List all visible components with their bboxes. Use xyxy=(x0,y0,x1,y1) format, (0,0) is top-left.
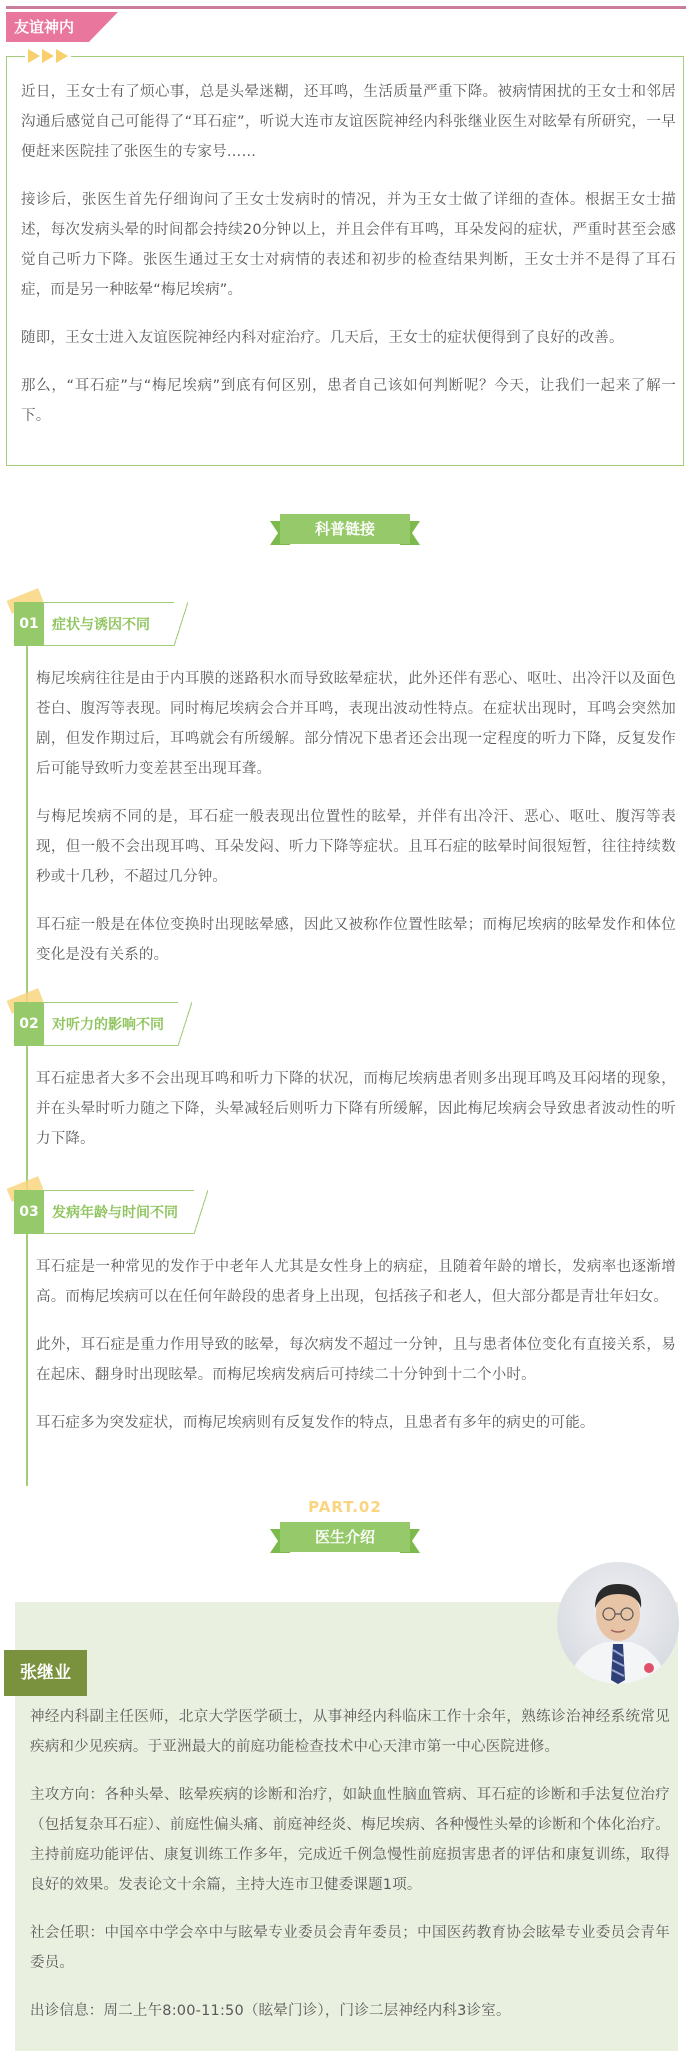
section-paragraph: 耳石症是一种常见的发作于中老年人尤其是女性身上的病症，且随着年龄的增长，发病率也… xyxy=(36,1252,676,1312)
slant-decoration xyxy=(178,1002,192,1046)
brand-tag: 友谊神内 xyxy=(6,12,118,42)
intro-text: 近日，王女士有了烦心事，总是头晕迷糊，还耳鸣，生活质量严重下降。被病情困扰的王女… xyxy=(21,77,676,449)
science-ribbon: 科普链接 xyxy=(280,514,410,544)
section-paragraph: 耳石症一般是在体位变换时出现眩晕感，因此又被称作位置性眩晕；而梅尼埃病的眩晕发作… xyxy=(36,910,676,970)
section-title: 发病年龄与时间不同 xyxy=(44,1190,194,1234)
doctor-bio: 神经内科副主任医师，北京大学医学硕士，从事神经内科临床工作十余年，熟练诊治神经系… xyxy=(30,1702,670,2044)
slant-decoration xyxy=(174,602,188,646)
arrow-right-icon xyxy=(56,49,68,63)
section-paragraph: 耳石症多为突发症状，而梅尼埃病则有反复发作的特点，且患者有多年的病史的可能。 xyxy=(36,1408,676,1438)
section-paragraph: 耳石症患者大多不会出现耳鸣和听力下降的状况，而梅尼埃病患者则多出现耳鸣及耳闷堵的… xyxy=(36,1064,676,1154)
arrows-decoration xyxy=(25,49,71,63)
section-number: 01 xyxy=(14,602,44,646)
doctor-paragraph: 主攻方向：各种头晕、眩晕疾病的诊断和治疗，如缺血性脑血管病、耳石症的诊断和手法复… xyxy=(30,1780,670,1900)
intro-paragraph: 随即，王女士进入友谊医院神经内科对症治疗。几天后，王女士的症状便得到了良好的改善… xyxy=(21,323,676,353)
section-title: 对听力的影响不同 xyxy=(44,1002,178,1046)
doctor-avatar xyxy=(557,1562,679,1684)
timeline-line xyxy=(26,646,28,1486)
intro-paragraph: 接诊后，张医生首先仔细询问了王女士发病时的情况，并为王女士做了详细的查体。根据王… xyxy=(21,185,676,305)
section-body-02: 耳石症患者大多不会出现耳鸣和听力下降的状况，而梅尼埃病患者则多出现耳鸣及耳闷堵的… xyxy=(36,1064,676,1172)
intro-paragraph: 近日，王女士有了烦心事，总是头晕迷糊，还耳鸣，生活质量严重下降。被病情困扰的王女… xyxy=(21,77,676,167)
doctor-paragraph: 社会任职：中国卒中学会卒中与眩晕专业委员会青年委员；中国医药教育协会眩晕专业委员… xyxy=(30,1918,670,1978)
doctor-name: 张继业 xyxy=(4,1650,87,1696)
arrow-right-icon xyxy=(28,49,40,63)
doctor-paragraph: 神经内科副主任医师，北京大学医学硕士，从事神经内科临床工作十余年，熟练诊治神经系… xyxy=(30,1702,670,1762)
section-body-01: 梅尼埃病往往是由于内耳膜的迷路积水而导致眩晕症状，此外还伴有恶心、呕吐、出冷汗以… xyxy=(36,664,676,988)
section-paragraph: 此外，耳石症是重力作用导致的眩晕，每次病发不超过一分钟，且与患者体位变化有直接关… xyxy=(36,1330,676,1390)
top-divider xyxy=(6,6,686,9)
doctor-paragraph: 出诊信息：周二上午8:00-11:50（眩晕门诊），门诊二层神经内科3诊室。 xyxy=(30,1996,670,2026)
intro-paragraph: 那么，“耳石症”与“梅尼埃病”到底有何区别，患者自己该如何判断呢？今天，让我们一… xyxy=(21,371,676,431)
section-number: 02 xyxy=(14,1002,44,1046)
intro-box: 近日，王女士有了烦心事，总是头晕迷糊，还耳鸣，生活质量严重下降。被病情困扰的王女… xyxy=(6,56,684,466)
section-title: 症状与诱因不同 xyxy=(44,602,174,646)
doctor-ribbon-label: 医生介绍 xyxy=(280,1522,410,1552)
doctor-ribbon: 医生介绍 xyxy=(280,1522,410,1552)
slant-decoration xyxy=(194,1190,208,1234)
arrow-right-icon xyxy=(42,49,54,63)
doctor-portrait-icon xyxy=(557,1562,679,1684)
section-paragraph: 梅尼埃病往往是由于内耳膜的迷路积水而导致眩晕症状，此外还伴有恶心、呕吐、出冷汗以… xyxy=(36,664,676,784)
science-ribbon-label: 科普链接 xyxy=(280,514,410,544)
section-body-03: 耳石症是一种常见的发作于中老年人尤其是女性身上的病症，且随着年龄的增长，发病率也… xyxy=(36,1252,676,1456)
section-number: 03 xyxy=(14,1190,44,1234)
section-paragraph: 与梅尼埃病不同的是，耳石症一般表现出位置性的眩晕，并伴有出冷汗、恶心、呕吐、腹泻… xyxy=(36,802,676,892)
part-label: PART.02 xyxy=(0,1498,690,1516)
